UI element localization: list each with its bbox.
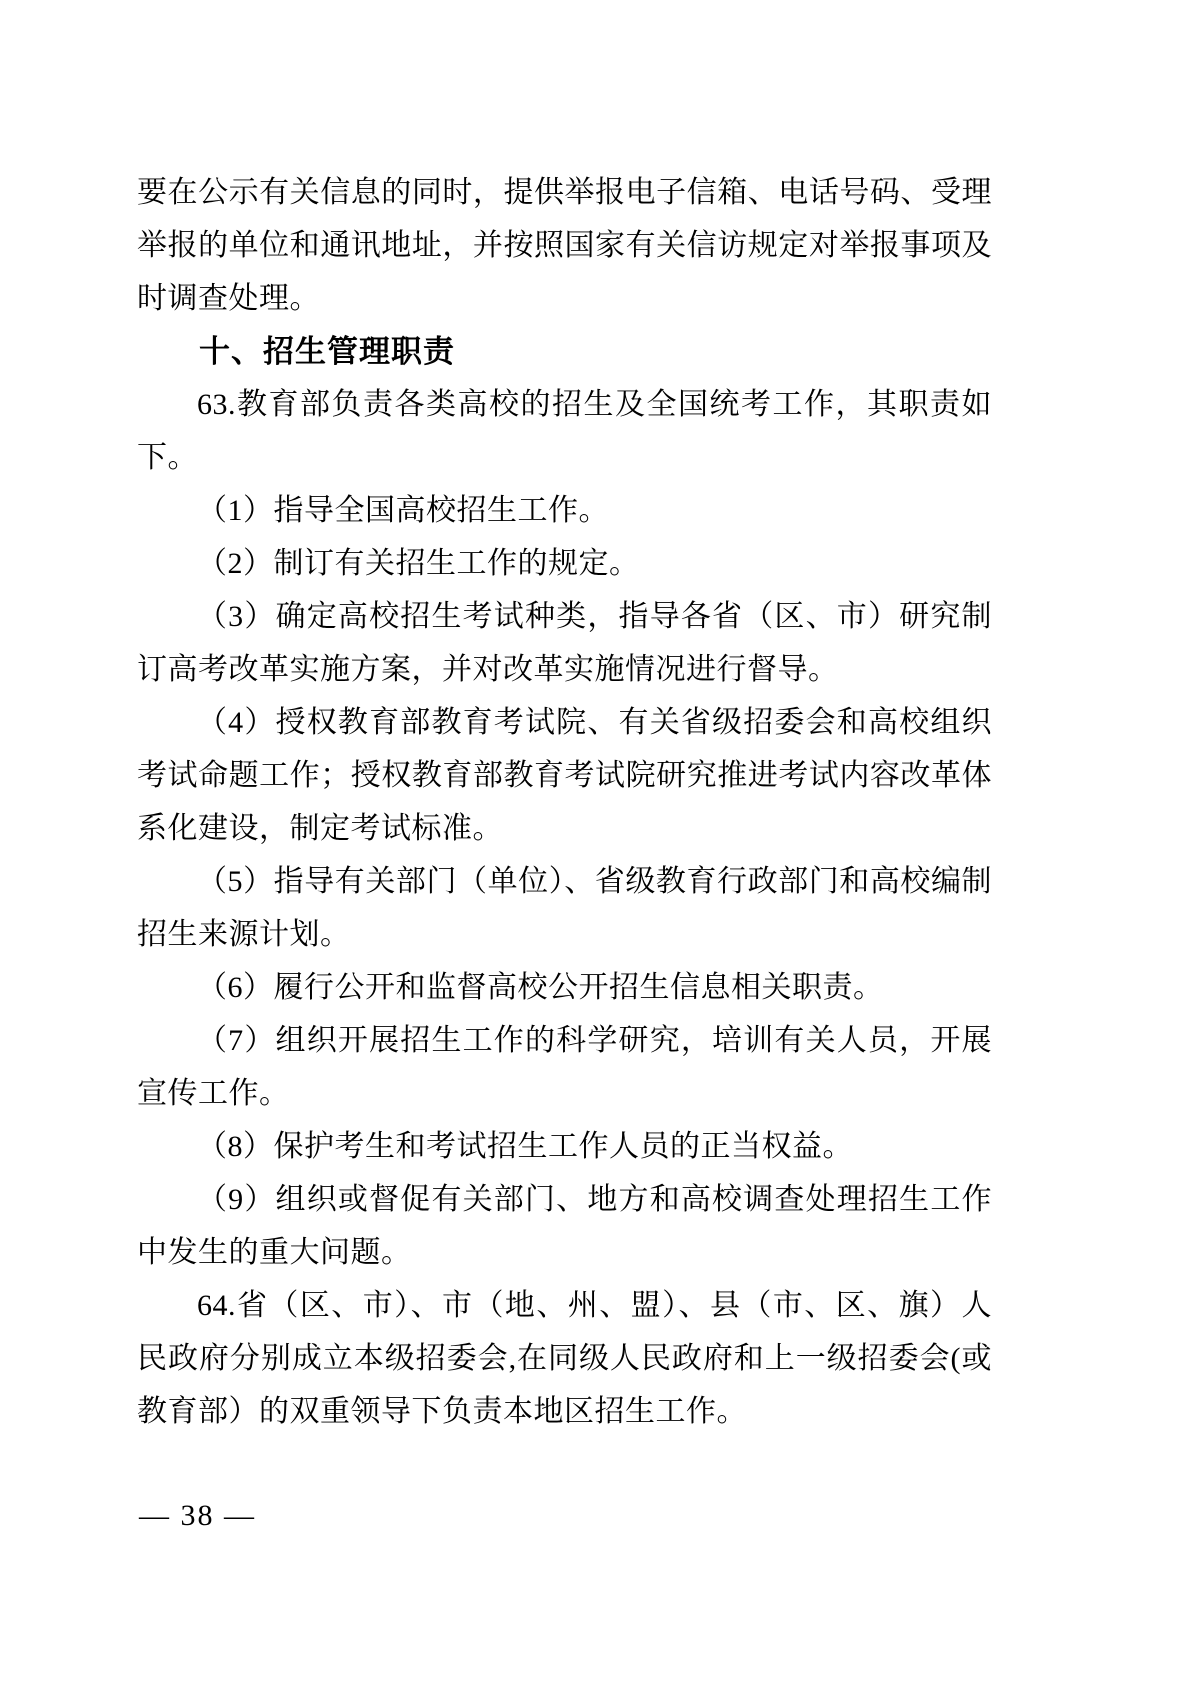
paragraph-item-63-5: （5）指导有关部门（单位）、省级教育行政部门和高校编制招生来源计划。 xyxy=(137,855,992,961)
paragraph-item-63-2: （2）制订有关招生工作的规定。 xyxy=(137,537,992,590)
paragraph-continuation: 要在公示有关信息的同时，提供举报电子信箱、电话号码、受理举报的单位和通讯地址，并… xyxy=(137,166,992,325)
page-number: — 38 — xyxy=(139,1496,256,1536)
paragraph-item-63-8: （8）保护考生和考试招生工作人员的正当权益。 xyxy=(137,1120,992,1173)
paragraph-item-63-1: （1）指导全国高校招生工作。 xyxy=(137,484,992,537)
paragraph-item-63-3: （3）确定高校招生考试种类，指导各省（区、市）研究制订高考改革实施方案，并对改革… xyxy=(137,590,992,696)
paragraph-item-63-9: （9）组织或督促有关部门、地方和高校调查处理招生工作中发生的重大问题。 xyxy=(137,1173,992,1279)
document-page: 要在公示有关信息的同时，提供举报电子信箱、电话号码、受理举报的单位和通讯地址，并… xyxy=(0,0,1191,1684)
paragraph-item-63: 63.教育部负责各类高校的招生及全国统考工作，其职责如下。 xyxy=(137,378,992,484)
paragraph-item-64: 64.省（区、市）、市（地、州、盟）、县（市、区、旗）人民政府分别成立本级招委会… xyxy=(137,1279,992,1438)
section-heading: 十、招生管理职责 xyxy=(137,325,992,378)
paragraph-item-63-7: （7）组织开展招生工作的科学研究，培训有关人员，开展宣传工作。 xyxy=(137,1014,992,1120)
paragraph-item-63-6: （6）履行公开和监督高校公开招生信息相关职责。 xyxy=(137,961,992,1014)
paragraph-item-63-4: （4）授权教育部教育考试院、有关省级招委会和高校组织考试命题工作；授权教育部教育… xyxy=(137,696,992,855)
document-text-block: 要在公示有关信息的同时，提供举报电子信箱、电话号码、受理举报的单位和通讯地址，并… xyxy=(137,166,992,1438)
